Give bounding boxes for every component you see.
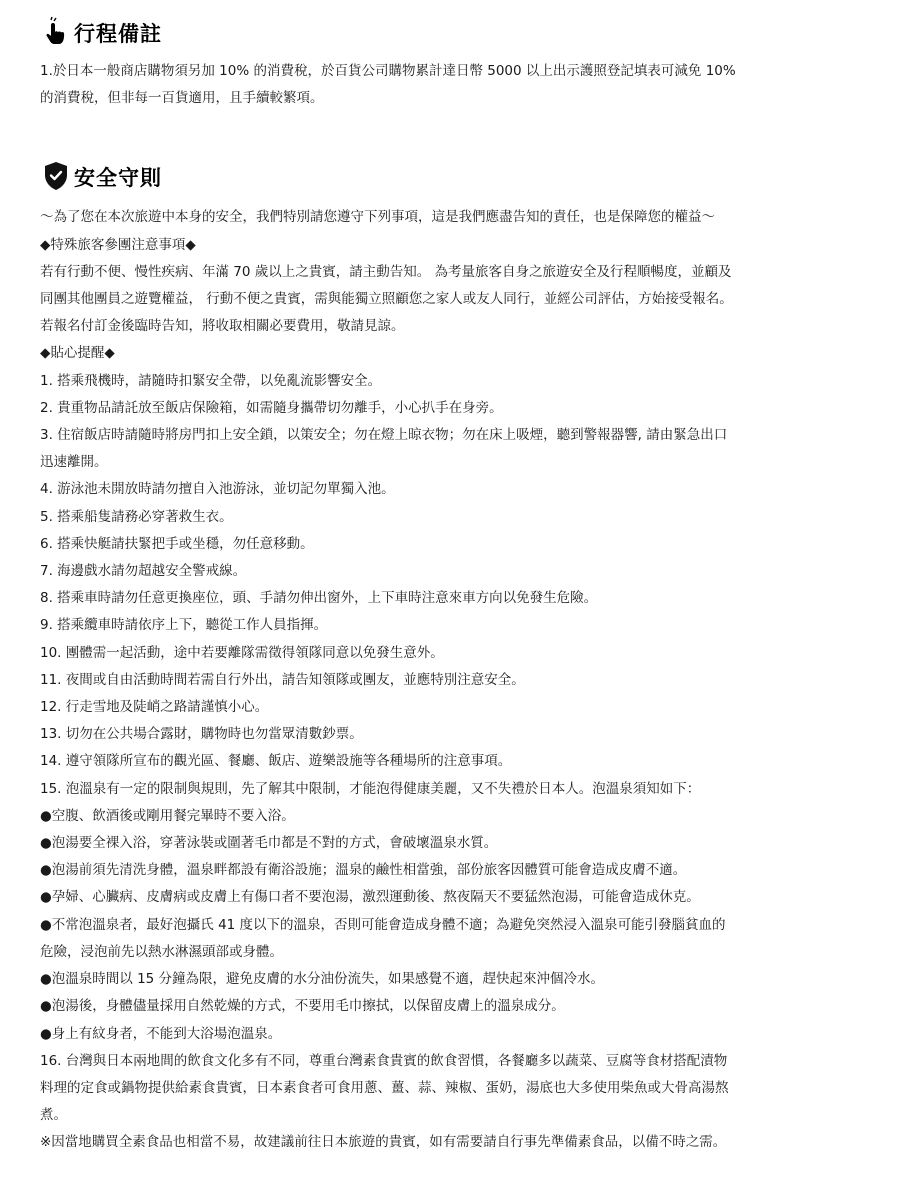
hot-spring-rule: ●不常泡溫泉者，最好泡攝氏 41 度以下的溫泉，否則可能會造成身體不適；為避免突… (40, 912, 865, 939)
reminder-line: 6. 搭乘快艇請扶緊把手或坐穩，勿任意移動。 (40, 531, 865, 558)
hot-spring-rule: ●空腹、飲酒後或剛用餐完畢時不要入浴。 (40, 803, 865, 830)
safety-intro: ～為了您在本次旅遊中本身的安全，我們特別請您遵守下列事項，這是我們應盡告知的責任… (40, 204, 865, 231)
reminder-line: 13. 切勿在公共場合露財，購物時也勿當眾清數鈔票。 (40, 721, 865, 748)
hot-spring-rule: 危險，浸泡前先以熱水淋濕頭部或身體。 (40, 939, 865, 966)
reminder-line: 11. 夜間或自由活動時間若需自行外出，請告知領隊或團友，並應特別注意安全。 (40, 667, 865, 694)
reminder-line: 9. 搭乘纜車時請依序上下，聽從工作人員指揮。 (40, 612, 865, 639)
special-travelers-line: 同團其他團員之遊覽權益， 行動不便之貴賓，需與能獨立照顧您之家人或友人同行，並經… (40, 286, 865, 313)
safety-rules-body: ～為了您在本次旅遊中本身的安全，我們特別請您遵守下列事項，這是我們應盡告知的責任… (40, 204, 865, 1156)
note-line: 1.於日本一般商店購物須另加 10% 的消費稅，於百貨公司購物累計達日幣 500… (40, 58, 865, 85)
safety-rules-title: 安全守則 (74, 162, 162, 192)
reminder-line: 5. 搭乘船隻請務必穿著救生衣。 (40, 504, 865, 531)
hot-spring-rule: ●泡湯要全裸入浴，穿著泳裝或圍著毛巾都是不對的方式，會破壞溫泉水質。 (40, 830, 865, 857)
itinerary-notes-title: 行程備註 (74, 18, 162, 48)
reminder-line: 14. 遵守領隊所宣布的觀光區、餐廳、飯店、遊樂設施等各種場所的注意事項。 (40, 748, 865, 775)
reminder-line: 煮。 (40, 1102, 865, 1129)
special-travelers-line: 若有行動不便、慢性疾病、年滿 70 歲以上之貴賓，請主動告知。 為考量旅客自身之… (40, 259, 865, 286)
reminder-line: 料理的定食或鍋物提供給素食貴賓，日本素食者可食用蔥、薑、蒜、辣椒、蛋奶，湯底也大… (40, 1075, 865, 1102)
safety-rules-heading: 安全守則 (40, 152, 865, 192)
hot-spring-rule: ●身上有紋身者，不能到大浴場泡溫泉。 (40, 1021, 865, 1048)
reminder-line: 12. 行走雪地及陡峭之路請謹慎小心。 (40, 694, 865, 721)
hot-spring-rule: ●泡湯前須先清洗身體，溫泉畔都設有衛浴設施；溫泉的鹼性相當強，部份旅客因體質可能… (40, 857, 865, 884)
reminder-line: 15. 泡溫泉有一定的限制與規則，先了解其中限制，才能泡得健康美麗，又不失禮於日… (40, 776, 865, 803)
vegetarian-note: ※因當地購買全素食品也相當不易，故建議前往日本旅遊的貴賓，如有需要請自行事先準備… (40, 1129, 865, 1156)
reminders-heading: ◆貼心提醒◆ (40, 340, 865, 367)
hot-spring-rule: ●泡湯後，身體儘量採用自然乾燥的方式，不要用毛巾擦拭，以保留皮膚上的溫泉成分。 (40, 993, 865, 1020)
reminder-line: 10. 團體需一起活動，途中若要離隊需徵得領隊同意以免發生意外。 (40, 640, 865, 667)
reminder-line: 3. 住宿飯店時請隨時將房門扣上安全鎖，以策安全；勿在燈上晾衣物；勿在床上吸煙，… (40, 422, 865, 449)
itinerary-notes-heading: 行程備註 (40, 8, 865, 48)
special-travelers-heading: ◆特殊旅客參團注意事項◆ (40, 232, 865, 259)
shield-check-icon (40, 160, 72, 192)
note-line: 的消費稅，但非每一百貨適用，且手續較繁項。 (40, 85, 865, 112)
hot-spring-rule: ●泡溫泉時間以 15 分鐘為限，避免皮膚的水分油份流失，如果感覺不適，趕快起來沖… (40, 966, 865, 993)
pointing-hand-icon (40, 16, 72, 48)
reminder-line: 2. 貴重物品請託放至飯店保險箱，如需隨身攜帶切勿離手，小心扒手在身旁。 (40, 395, 865, 422)
travel-notes-page: 行程備註 1.於日本一般商店購物須另加 10% 的消費稅，於百貨公司購物累計達日… (0, 8, 905, 1157)
hot-spring-rule: ●孕婦、心臟病、皮膚病或皮膚上有傷口者不要泡湯，激烈運動後、熬夜隔天不要猛然泡湯… (40, 884, 865, 911)
reminder-line: 7. 海邊戲水請勿超越安全警戒線。 (40, 558, 865, 585)
itinerary-notes-body: 1.於日本一般商店購物須另加 10% 的消費稅，於百貨公司購物累計達日幣 500… (40, 58, 865, 112)
special-travelers-line: 若報名付訂金後臨時告知，將收取相關必要費用，敬請見諒。 (40, 313, 865, 340)
reminder-line: 4. 游泳池未開放時請勿擅自入池游泳，並切記勿單獨入池。 (40, 476, 865, 503)
reminder-line: 16. 台灣與日本兩地間的飲食文化多有不同，尊重台灣素食貴賓的飲食習慣，各餐廳多… (40, 1048, 865, 1075)
reminder-line: 1. 搭乘飛機時，請隨時扣緊安全帶，以免亂流影響安全。 (40, 368, 865, 395)
reminder-line: 8. 搭乘車時請勿任意更換座位，頭、手請勿伸出窗外，上下車時注意來車方向以免發生… (40, 585, 865, 612)
reminder-line: 迅速離開。 (40, 449, 865, 476)
